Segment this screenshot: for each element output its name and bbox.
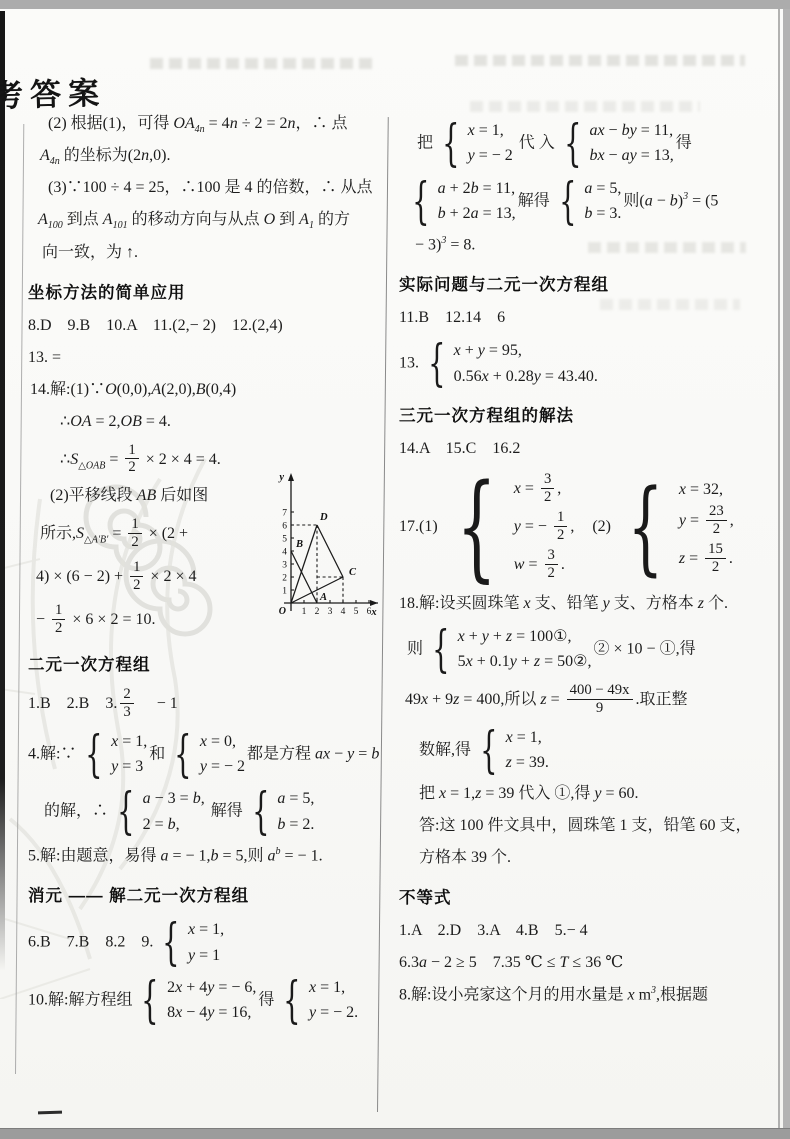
text-run: = (5 xyxy=(688,192,718,209)
text-run: 得 xyxy=(258,991,274,1008)
text-run: ∴ xyxy=(60,451,70,468)
left-brace: { xyxy=(480,726,497,776)
equation-row: x + y + z = 100①, xyxy=(458,626,592,648)
tick-label: 7 xyxy=(282,509,287,519)
equation-row: 2x + 4y = − 6, xyxy=(167,977,256,999)
text-run: 8 xyxy=(167,1004,175,1021)
math-variable: y xyxy=(510,653,517,670)
text-run: 6.3 xyxy=(399,954,419,971)
subscript: △OAB xyxy=(78,460,105,471)
equation-row: x = 1, xyxy=(506,727,549,749)
math-variable: b xyxy=(193,790,201,807)
stray-mark xyxy=(38,1111,62,1115)
brace-group: {x + y + z = 100①,5x + 0.1y + z = 50②, xyxy=(425,625,592,675)
text-run: (2) xyxy=(576,518,611,535)
equation-rows: ax − by = 11,bx − ay = 13, xyxy=(587,120,673,168)
equation-rows: a = 5,b = 3. xyxy=(582,178,621,226)
math-variable: y xyxy=(468,147,475,164)
left-brace: { xyxy=(86,730,103,780)
text-run: = xyxy=(686,512,703,529)
math-variable: OA xyxy=(70,413,91,430)
text-run: = 50②, xyxy=(540,653,591,670)
photo-background-right xyxy=(783,9,790,1128)
fraction: 232 xyxy=(706,503,727,538)
text-run: 5.解:由题意，易得 xyxy=(28,847,160,864)
text-run: 1.B 2.B 3. xyxy=(28,695,117,712)
fraction-numerator: 400 − 49x xyxy=(567,682,633,700)
math-line: 向一致，为 ↑. xyxy=(28,242,378,266)
fraction-denominator: 3 xyxy=(120,704,133,721)
equation-row: x = 1, xyxy=(309,977,358,999)
math-line: ∴OA = 2,OB = 4. xyxy=(28,411,378,435)
equation-rows: x = 32,y = 232,z = 152. xyxy=(677,479,734,577)
point-label: O xyxy=(279,606,286,617)
tick-label: 6 xyxy=(282,522,287,532)
math-line: 则{x + y + z = 100①,5x + 0.1y + z = 50②,②… xyxy=(399,625,771,675)
equation-rows: a + 2b = 11,b + 2a = 13, xyxy=(436,178,516,226)
text-run: + xyxy=(489,628,506,645)
math-variable: ax xyxy=(589,122,604,139)
text-run: = 4 xyxy=(205,115,230,132)
math-variable: x xyxy=(466,653,473,670)
math-variable: x xyxy=(458,628,465,645)
text-run: = − 6, xyxy=(214,979,256,996)
math-variable: A xyxy=(151,381,161,398)
tick-label: 5 xyxy=(354,607,359,617)
math-variable: y xyxy=(478,342,485,359)
text-run: × (2 + xyxy=(145,526,188,543)
math-variable: by xyxy=(622,122,637,139)
brace-group: {x = 1,z = 39. xyxy=(473,726,549,776)
left-brace: { xyxy=(628,477,664,579)
math-variable: x xyxy=(506,729,513,746)
text-run: + 0.1 xyxy=(473,653,510,670)
equation-row: x = 1, xyxy=(468,120,513,142)
text-run: = 95, xyxy=(485,342,522,359)
left-brace: { xyxy=(564,119,581,169)
page-title: 考答案 xyxy=(0,67,107,115)
equation-row: a = 5, xyxy=(584,178,621,200)
tick-label: 1 xyxy=(302,607,307,617)
math-variable: b xyxy=(371,745,379,762)
brace-group: {x = 32,y = 232,z = 152. xyxy=(613,477,734,579)
text-run: 支、铅笔 xyxy=(531,595,603,612)
text-run: ，∴ 点 xyxy=(296,115,348,132)
text-run: 的方 xyxy=(314,211,350,228)
math-line: 11.B 12.14 6 xyxy=(399,307,771,331)
equation-row: x + y = 95, xyxy=(454,340,598,362)
text-run: 则( xyxy=(623,192,644,209)
text-run: , xyxy=(201,790,205,807)
math-variable: a xyxy=(143,790,151,807)
math-variable: A xyxy=(299,211,309,228)
equation-row: x = 0, xyxy=(200,731,245,753)
math-variable: A xyxy=(103,211,113,228)
text-run: − 2 ≥ 5 7.35 ℃ ≤ xyxy=(427,954,560,971)
text-run: 的解，∴ xyxy=(44,803,108,820)
text-run: ÷ 2 = 2 xyxy=(238,115,288,132)
math-variable: S xyxy=(76,526,84,543)
text-run: 17.(1) xyxy=(399,518,438,535)
equation-row: b = 2. xyxy=(277,814,314,836)
text-run: 数解,得 xyxy=(419,741,471,758)
equation-rows: x = 1,y = 3 xyxy=(109,731,147,779)
tick-label: 4 xyxy=(341,607,346,617)
math-line: 数解,得{x = 1,z = 39. xyxy=(399,726,771,776)
text-run: ∴ xyxy=(60,413,70,430)
text-run: = 39 代入 ①,得 xyxy=(481,785,594,802)
text-run: .取正整 xyxy=(636,691,688,708)
text-run: 0.56 xyxy=(454,368,482,385)
fraction: 12 xyxy=(52,602,65,637)
text-run: = 8. xyxy=(446,237,475,254)
equation-rows: x = 1,y = − 2. xyxy=(307,977,358,1025)
fraction-denominator: 2 xyxy=(128,534,141,551)
math-variable: x xyxy=(468,122,475,139)
text-run: = 11, xyxy=(637,122,673,139)
math-line: 18.解:设买圆珠笔 x 支、铅笔 y 支、方格本 z 个. xyxy=(399,593,771,617)
figure-section: 1234561234567OxyABCD(2)平移线段 AB 后如图所示,S△A… xyxy=(28,485,378,638)
fraction-numerator: 1 xyxy=(554,509,567,527)
text-run: = − 2 xyxy=(475,147,513,164)
text-run: 所示, xyxy=(40,526,76,543)
text-run: (2) 根据(1)，可得 xyxy=(48,115,173,132)
text-run: = 1 xyxy=(195,947,220,964)
text-run: 18.解:设买圆珠笔 xyxy=(399,595,523,612)
text-run: 10.解:解方程组 xyxy=(28,991,132,1008)
equation-rows: a = 5,b = 2. xyxy=(275,788,314,836)
math-variable: b xyxy=(211,847,219,864)
equation-row: a + 2b = 11, xyxy=(438,178,516,200)
text-run: = − 1. xyxy=(281,847,323,864)
tick-label: 1 xyxy=(282,587,287,597)
text-run: = 13, xyxy=(479,205,516,222)
math-variable: a xyxy=(268,847,276,864)
math-line: 14.A 15.C 16.2 xyxy=(399,438,771,462)
solid-segment xyxy=(291,551,317,603)
brace-group: {x = 0,y = − 2 xyxy=(167,730,245,780)
text-run: = 2, xyxy=(92,413,121,430)
equation-row: z = 152. xyxy=(679,542,734,577)
math-line: 把 x = 1,z = 39 代入 ①,得 y = 60. xyxy=(399,783,771,807)
math-variable: x xyxy=(482,368,489,385)
math-variable: b xyxy=(670,192,678,209)
equation-row: x = 1, xyxy=(188,919,224,941)
math-variable: x xyxy=(454,342,461,359)
math-line: 8.解:设小亮家这个月的用水量是 x m3,根据题 xyxy=(399,984,771,1008)
text-run: = xyxy=(108,526,125,543)
fraction-denominator: 2 xyxy=(554,527,567,544)
math-variable: y xyxy=(679,512,686,529)
brace-group: {x = 32,y = − 12,w = 32. xyxy=(440,470,575,585)
text-run: = 16, xyxy=(214,1004,251,1021)
left-brace: { xyxy=(442,119,459,169)
fraction-denominator: 9 xyxy=(593,700,606,717)
figure-holder: 1234561234567OxyABCD xyxy=(276,471,384,634)
equation-row: a − 3 = b, xyxy=(143,788,205,810)
bleedthrough-smudge xyxy=(470,101,700,112)
math-line: (2)平移线段 AB 后如图 xyxy=(28,485,274,509)
equation-row: y = − 2 xyxy=(468,145,513,167)
math-line: 答:这 100 件文具中，圆珠笔 1 支，铅笔 60 支， xyxy=(399,815,771,839)
text-run: = 100①, xyxy=(512,628,571,645)
text-run: = xyxy=(547,691,564,708)
fraction-numerator: 3 xyxy=(545,547,558,565)
text-run: 14.解:(1)∵ xyxy=(30,381,105,398)
text-run: × 2 × 4 = 4. xyxy=(142,451,221,468)
math-variable: x xyxy=(627,987,634,1004)
text-run: = 1, xyxy=(316,979,345,996)
equation-row: x = 1, xyxy=(111,731,147,753)
text-run: . xyxy=(729,550,733,567)
text-run: = 400,所以 xyxy=(459,691,540,708)
text-run: = 5, xyxy=(592,180,621,197)
left-column: (2) 根据(1)，可得 OA4n = 4n ÷ 2 = 2n，∴ 点A4n 的… xyxy=(28,113,378,1034)
text-run: 都是方程 xyxy=(247,745,315,762)
text-run: − xyxy=(653,192,670,209)
math-line: 13. = xyxy=(28,347,378,371)
text-run: 和 xyxy=(149,745,165,762)
text-run: = xyxy=(524,556,541,573)
math-variable: a xyxy=(419,954,427,971)
text-run: = 1, xyxy=(118,733,147,750)
text-run: = 11, xyxy=(479,180,515,197)
point-label: D xyxy=(319,512,328,523)
text-run: 把 xyxy=(417,135,433,152)
math-variable: OB xyxy=(121,413,142,430)
fraction-numerator: 23 xyxy=(706,503,727,521)
math-variable: A xyxy=(40,147,50,164)
equation-row: 2 = b, xyxy=(143,814,205,836)
solid-segment xyxy=(317,525,343,577)
fraction-numerator: 3 xyxy=(541,471,554,489)
brace-group: {a − 3 = b,2 = b, xyxy=(110,787,205,837)
text-run: ② × 10 − ①,得 xyxy=(594,641,696,658)
math-variable: y xyxy=(534,368,541,385)
page-right-edge-line xyxy=(778,9,780,1128)
equation-row: b + 2a = 13, xyxy=(438,203,516,225)
text-run: × 2 × 4 xyxy=(146,568,196,585)
equation-rows: x + y + z = 100①,5x + 0.1y + z = 50②, xyxy=(456,626,592,674)
math-variable: b xyxy=(438,205,446,222)
math-variable: b xyxy=(168,816,176,833)
math-variable: n xyxy=(141,147,149,164)
text-run: 后如图 xyxy=(156,487,208,504)
fraction-numerator: 1 xyxy=(125,442,138,460)
equation-rows: a − 3 = b,2 = b, xyxy=(141,788,205,836)
fraction-denominator: 2 xyxy=(709,559,722,576)
math-variable: O xyxy=(264,211,276,228)
text-run: 代 入 xyxy=(515,135,555,152)
text-run: = 1, xyxy=(446,785,475,802)
text-run: + 0.28 xyxy=(489,368,534,385)
text-run: + 9 xyxy=(428,691,453,708)
tick-label: 5 xyxy=(282,535,287,545)
fraction-numerator: 15 xyxy=(705,541,726,559)
brace-group: {a = 5,b = 2. xyxy=(245,787,315,837)
left-brace: { xyxy=(428,339,445,389)
text-run: = 43.40. xyxy=(541,368,598,385)
text-run: 解得 xyxy=(518,192,550,209)
equation-rows: x = 1,y = 1 xyxy=(186,919,224,967)
equation-row: 8x − 4y = 16, xyxy=(167,1002,256,1024)
equation-rows: x = 1,z = 39. xyxy=(504,727,549,775)
fraction-denominator: 2 xyxy=(130,577,143,594)
left-brace: { xyxy=(432,625,449,675)
text-run: − 3) xyxy=(415,237,441,254)
tick-label: 2 xyxy=(282,574,287,584)
fraction: 400 − 49x9 xyxy=(567,682,633,717)
equation-row: bx − ay = 13, xyxy=(589,145,673,167)
brace-group: {2x + 4y = − 6,8x − 4y = 16, xyxy=(134,976,256,1026)
math-line: 14.解:(1)∵O(0,0),A(2,0),B(0,4) xyxy=(28,379,378,403)
text-run: 到 xyxy=(275,211,299,228)
text-run: 49 xyxy=(405,691,421,708)
section-heading: 消元 —— 解二元一次方程组 xyxy=(28,882,378,906)
math-variable: w xyxy=(514,556,525,573)
text-run: 把 xyxy=(419,785,439,802)
fraction: 152 xyxy=(705,541,726,576)
math-variable: O xyxy=(105,381,117,398)
math-line: 6.3a − 2 ≥ 5 7.35 ℃ ≤ T ≤ 36 ℃ xyxy=(399,952,771,976)
text-run: 支、方格本 xyxy=(610,595,698,612)
text-run: 向一致，为 ↑. xyxy=(42,244,138,261)
tick-label: 2 xyxy=(315,607,320,617)
text-run: (3)∵100 ÷ 4 = 25，∴100 是 4 的倍数，∴ 从点 xyxy=(48,179,372,196)
math-variable: A xyxy=(38,211,48,228)
fraction-denominator: 2 xyxy=(52,620,65,637)
math-variable: ay xyxy=(622,147,637,164)
text-run: 的移动方向与从点 xyxy=(128,211,264,228)
equation-row: y = 232, xyxy=(679,504,734,539)
text-run: = − xyxy=(521,518,551,535)
math-line: (3)∵100 ÷ 4 = 25，∴100 是 4 的倍数，∴ 从点 xyxy=(28,177,378,201)
fraction-denominator: 2 xyxy=(125,459,138,476)
text-run: − xyxy=(605,147,622,164)
subscript: △A′B′ xyxy=(84,535,108,546)
subscript: 4n xyxy=(50,156,60,167)
subscript: 4n xyxy=(195,124,205,135)
text-run: = 0, xyxy=(207,733,236,750)
equation-row: ax − by = 11, xyxy=(589,120,673,142)
section-heading: 实际问题与二元一次方程组 xyxy=(399,271,771,295)
point-label: y xyxy=(277,472,284,483)
fraction: 32 xyxy=(541,471,554,506)
text-run: 2 xyxy=(167,979,175,996)
bleedthrough-smudge xyxy=(150,58,372,69)
text-run: = xyxy=(685,550,702,567)
text-run: 解得 xyxy=(207,803,243,820)
fraction: 23 xyxy=(120,686,133,721)
text-run: 则 xyxy=(407,641,423,658)
equation-row: y = − 2. xyxy=(309,1002,358,1024)
text-run: = 5,则 xyxy=(219,847,268,864)
equation-rows: x = 0,y = − 2 xyxy=(198,731,245,779)
text-run: , xyxy=(570,518,574,535)
text-run: = 5, xyxy=(285,790,314,807)
math-variable: y xyxy=(514,518,521,535)
axis-arrowhead xyxy=(370,600,378,606)
text-run: 到点 xyxy=(63,211,103,228)
math-variable: B xyxy=(196,381,206,398)
text-run: = 1, xyxy=(195,921,224,938)
fraction: 12 xyxy=(128,516,141,551)
equation-row: y = − 12, xyxy=(514,510,575,545)
math-line: 4.解:∵{x = 1,y = 3和{x = 0,y = − 2都是方程 ax … xyxy=(28,730,378,780)
point-label: A xyxy=(319,592,327,603)
left-brace: { xyxy=(142,976,159,1026)
bleedthrough-smudge xyxy=(455,55,745,66)
math-line: 方格本 39 个. xyxy=(399,847,771,871)
math-variable: x xyxy=(514,480,521,497)
text-run: 得 xyxy=(676,135,692,152)
section-heading: 坐标方法的简单应用 xyxy=(28,279,378,303)
brace-group: {x = 1,y = − 2. xyxy=(276,976,358,1026)
equation-rows: x = 32,y = − 12,w = 32. xyxy=(512,472,575,583)
point-label: C xyxy=(349,567,357,578)
fraction: 12 xyxy=(130,559,143,594)
brace-group: {x + y = 95,0.56x + 0.28y = 43.40. xyxy=(421,339,598,389)
equation-row: y = 3 xyxy=(111,756,147,778)
text-run: (2)平移线段 xyxy=(50,487,137,504)
text-run: ,根据题 xyxy=(656,987,708,1004)
math-variable: y xyxy=(200,758,207,775)
text-run: + xyxy=(465,628,482,645)
left-brace: { xyxy=(284,976,301,1026)
text-run: = 32, xyxy=(686,481,723,498)
brace-group: {a = 5,b = 3. xyxy=(552,177,622,227)
left-brace: { xyxy=(174,730,191,780)
text-run: (2,0), xyxy=(161,381,196,398)
text-run: 11.B 12.14 6 xyxy=(399,309,505,326)
fraction: 12 xyxy=(554,509,567,544)
equation-row: a = 5, xyxy=(277,788,314,810)
math-variable: y xyxy=(482,628,489,645)
fraction-denominator: 2 xyxy=(545,565,558,582)
text-run: ,0). xyxy=(149,147,170,164)
text-run: − 1 xyxy=(137,695,178,712)
math-line: 1.A 2.D 3.A 4.B 5.− 4 xyxy=(399,920,771,944)
left-brace: { xyxy=(252,787,269,837)
subscript: 101 xyxy=(113,221,128,232)
equation-row: 5x + 0.1y + z = 50②, xyxy=(458,651,592,673)
text-run: − xyxy=(605,122,622,139)
math-line: {a + 2b = 11,b + 2a = 13,解得{a = 5,b = 3.… xyxy=(399,177,771,227)
math-variable: a xyxy=(438,180,446,197)
math-line: 13.{x + y = 95,0.56x + 0.28y = 43.40. xyxy=(399,339,771,389)
equation-row: x = 32, xyxy=(514,472,575,507)
tick-label: 4 xyxy=(282,548,287,558)
text-run: − xyxy=(36,611,49,628)
text-run: = − 2 xyxy=(207,758,245,775)
math-line: 5.解:由题意，易得 a = − 1,b = 5,则 ab = − 1. xyxy=(28,845,378,869)
math-line: − 12 × 6 × 2 = 10. xyxy=(28,603,274,638)
equation-row: b = 3. xyxy=(584,203,621,225)
math-variable: x xyxy=(679,481,686,498)
text-run: 2 = xyxy=(143,816,168,833)
math-variable: a xyxy=(645,192,653,209)
fraction-denominator: 2 xyxy=(710,521,723,538)
text-run: 答:这 100 件文具中，圆珠笔 1 支，铅笔 60 支， xyxy=(419,817,751,834)
math-variable: a xyxy=(471,205,479,222)
text-run: = xyxy=(105,451,122,468)
text-run: = 1, xyxy=(475,122,504,139)
text-run: × 6 × 2 = 10. xyxy=(68,611,155,628)
left-brace: { xyxy=(162,918,179,968)
math-line: 8.D 9.B 10.A 11.(2,− 2) 12.(2,4) xyxy=(28,315,378,339)
text-run: 13. = xyxy=(28,349,61,366)
math-variable: bx xyxy=(589,147,604,164)
